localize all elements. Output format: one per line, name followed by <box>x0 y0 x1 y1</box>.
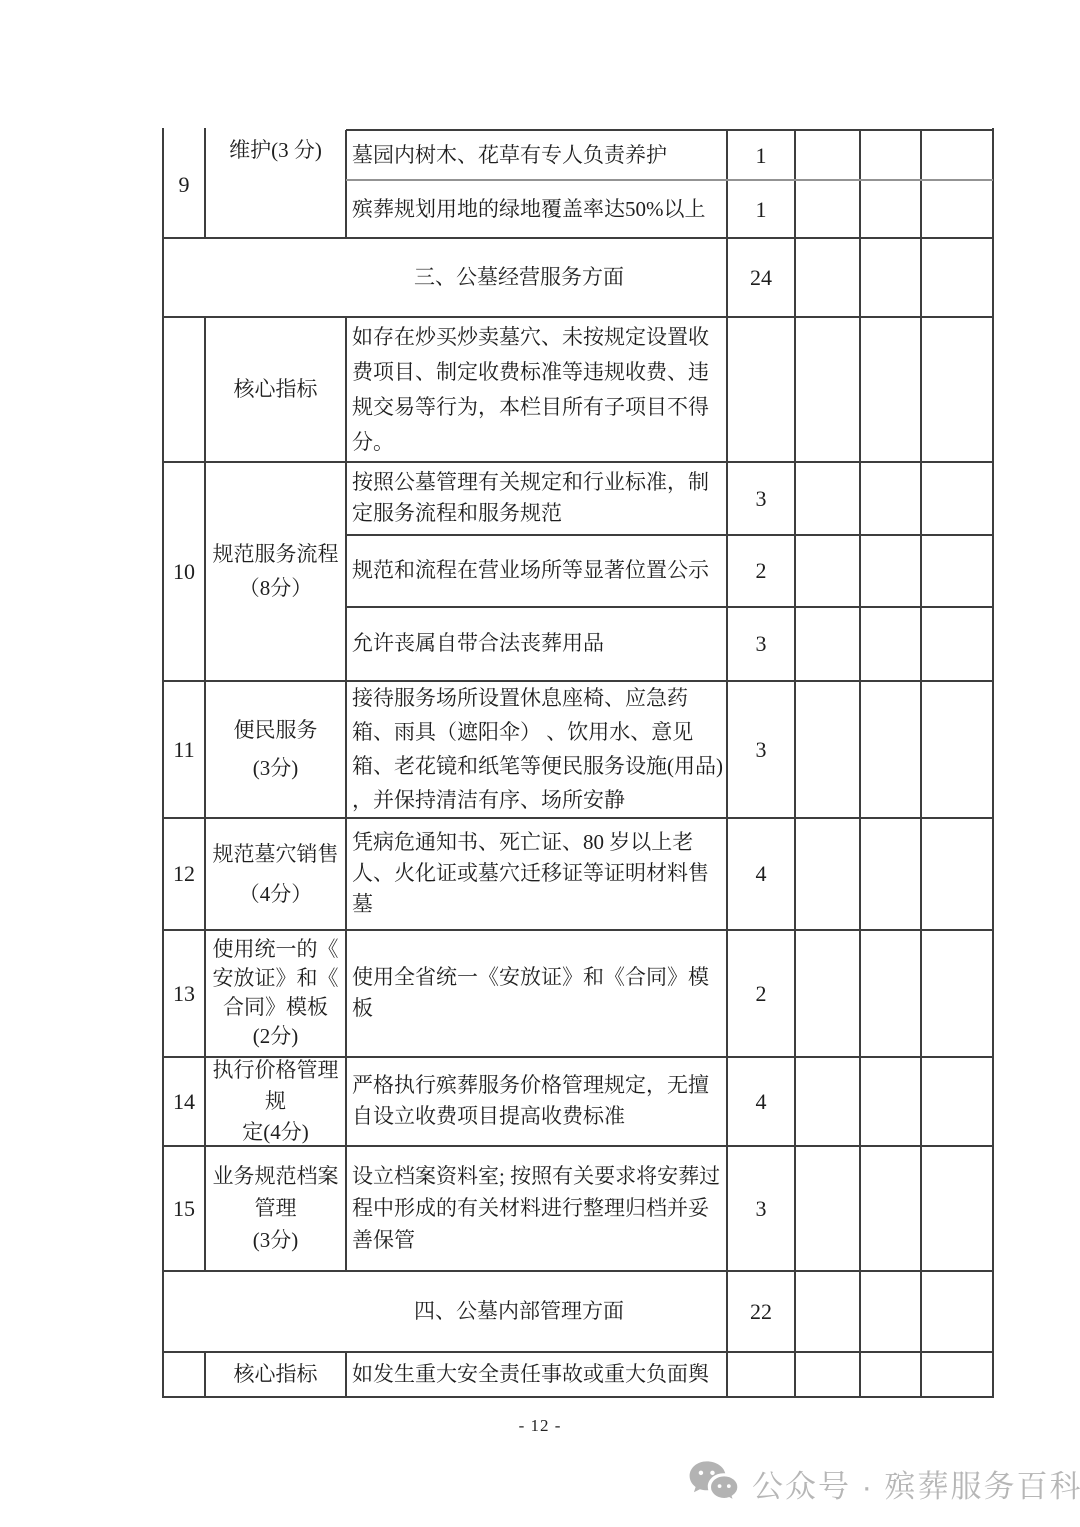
section-three-score: 24 <box>728 238 794 316</box>
watermark-text: 公众号 · 殡葬服务百科 <box>752 1461 1080 1506</box>
table-border-line <box>163 1396 993 1398</box>
row-10-item-1-text: 按照公墓管理有关规定和行业标准，制定服务流程和服务规范 <box>347 462 730 534</box>
row-9-item-1-text: 墓园内树木、花草有专人负责养护 <box>347 131 730 179</box>
row-13-number: 13 <box>163 930 205 1056</box>
row-13-score: 2 <box>728 930 794 1056</box>
document-page: 9 维护(3 分) 墓园内树木、花草有专人负责养护 1 殡葬规划用地的绿地覆盖率… <box>0 0 1080 1527</box>
row-9-number: 9 <box>163 130 205 238</box>
table-border-line <box>794 130 796 1398</box>
row-9-item-2-score: 1 <box>728 181 794 237</box>
row-10-category: 规范服务流程 （8分） <box>206 462 345 680</box>
section-three-title: 三、公墓经营服务方面 <box>163 238 801 316</box>
page-number: - 12 - <box>0 1416 1080 1436</box>
core-indicator-label-2: 核心指标 <box>206 1352 345 1396</box>
row-10-number: 10 <box>163 462 205 680</box>
core-indicator-text: 如存在炒买炒卖墓穴、未按规定设置收费项目、制定收费标准等违规收费、违规交易等行为… <box>347 318 730 461</box>
row-12-text: 凭病危通知书、死亡证、80 岁以上老人、火化证或墓穴迁移证等证明材料售墓 <box>347 818 730 929</box>
row-10-item-1-score: 3 <box>728 462 794 534</box>
row-10-item-2-score: 2 <box>728 535 794 606</box>
wechat-icon <box>686 1456 740 1510</box>
row-13-category: 使用统一的《 安放证》和《 合同》模板 (2分) <box>206 930 345 1056</box>
section-four-score: 22 <box>728 1271 794 1351</box>
row-11-text: 接待服务场所设置休息座椅、应急药箱、雨具（遮阳伞） 、饮用水、意见箱、老花镜和纸… <box>347 681 730 817</box>
row-15-category: 业务规范档案 管理 (3分) <box>206 1146 345 1270</box>
core-indicator-text-2: 如发生重大安全责任事故或重大负面舆 <box>347 1352 730 1396</box>
row-14-text: 严格执行殡葬服务价格管理规定，无擅自设立收费项目提高收费标准 <box>347 1057 730 1145</box>
row-10-item-2-text: 规范和流程在营业场所等显著位置公示 <box>347 535 730 606</box>
row-14-number: 14 <box>163 1057 205 1145</box>
row-10-item-3-text: 允许丧属自带合法丧葬用品 <box>347 607 730 680</box>
row-14-score: 4 <box>728 1057 794 1145</box>
row-13-text: 使用全省统一《安放证》和《合同》模板 <box>347 930 730 1056</box>
table-border-line <box>859 130 861 1398</box>
table-border-line <box>992 128 994 1398</box>
row-15-number: 15 <box>163 1146 205 1270</box>
row-15-score: 3 <box>728 1146 794 1270</box>
core-indicator-label: 核心指标 <box>206 317 345 461</box>
row-10-item-3-score: 3 <box>728 607 794 680</box>
row-15-text: 设立档案资料室; 按照有关要求将安葬过程中形成的有关材料进行整理归档并妥善保管 <box>347 1146 730 1270</box>
row-11-score: 3 <box>728 681 794 817</box>
row-12-score: 4 <box>728 818 794 929</box>
row-14-category: 执行价格管理规 定(4分) <box>206 1057 345 1145</box>
section-four-title: 四、公墓内部管理方面 <box>163 1271 801 1351</box>
row-11-category: 便民服务 (3分) <box>206 681 345 817</box>
row-11-number: 11 <box>163 681 205 817</box>
row-12-category: 规范墓穴销售 （4分） <box>206 818 345 929</box>
table-border-line <box>920 130 922 1398</box>
row-9-item-2-text: 殡葬规划用地的绿地覆盖率达50%以上 <box>347 181 730 237</box>
row-12-number: 12 <box>163 818 205 929</box>
row-9-item-1-score: 1 <box>728 131 794 179</box>
watermark: 公众号 · 殡葬服务百科 <box>686 1456 1080 1510</box>
row-9-category: 维护(3 分) <box>206 130 345 170</box>
